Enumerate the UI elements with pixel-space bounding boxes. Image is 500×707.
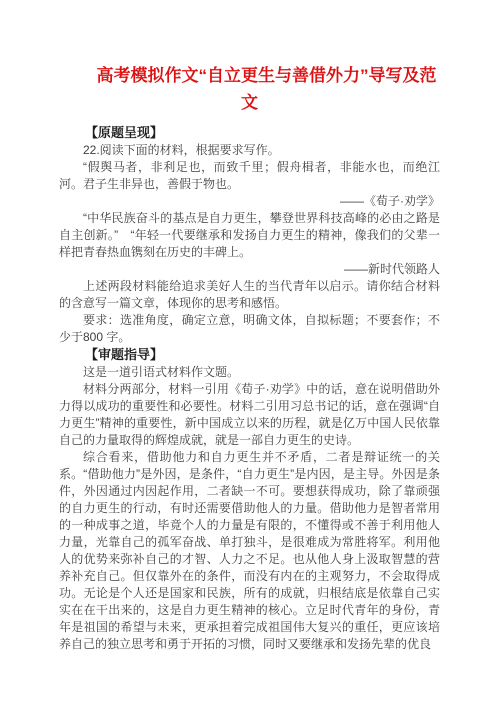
document-content: 高考模拟作文“自立更生与善借外力”导写及范文 【原题呈现】 22.阅读下面的材料… [0,0,500,653]
paragraph-material-two-quote: “中华民族奋斗的基点是自力更生，攀登世界科技高峰的必由之路是自主创新。” “年轻… [59,210,440,261]
section-heading-original-question: 【原题呈现】 [59,124,440,142]
paragraph-prompt-type: 这是一道引语式材料作文题。 [59,364,440,381]
paragraph-writing-instruction: 22.阅读下面的材料，根据要求写作。 [59,142,440,159]
section-heading-analysis-guide: 【审题指导】 [59,346,440,364]
paragraph-materials-analysis: 材料分两部分，材料一引用《荀子·劝学》中的话，意在说明借助外力得以成功的重要性和… [59,381,440,449]
paragraph-requirements: 要求：选准角度，确定立意，明确文体，自拟标题；不要套作；不少于800 字。 [59,312,440,346]
document-title: 高考模拟作文“自立更生与善借外力”导写及范文 [59,62,440,116]
paragraph-material-one-quote: “假舆马者，非利足也，而致千里；假舟楫者，非能水也，而绝江河。君子生非异也，善假… [59,159,440,193]
paragraph-task-statement: 上述两段材料能给追求美好人生的当代青年以启示。请你结合材料的含意写一篇文章，体现… [59,278,440,312]
attribution-xunzi: ——《荀子·劝学》 [59,193,440,210]
document-page: 高考模拟作文“自立更生与善借外力”导写及范文 【原题呈现】 22.阅读下面的材料… [0,0,500,707]
paragraph-comprehensive-analysis: 综合看来，借助他力和自力更生并不矛盾，二者是辩证统一的关系。“借助他力”是外因，… [59,449,440,653]
attribution-new-era-leader: ——新时代领路人 [59,261,440,278]
